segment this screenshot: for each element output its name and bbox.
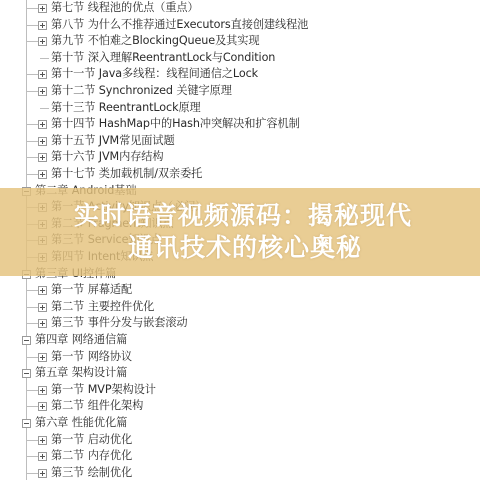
- expand-plus-icon[interactable]: [38, 436, 47, 445]
- tree-node-label: 第二节 组件化架构: [51, 398, 143, 414]
- expand-plus-icon[interactable]: [38, 153, 47, 162]
- tree-node-label: 第六章 性能优化篇: [35, 415, 127, 431]
- tree-node-label: 第十节 深入理解ReentrantLock与Condition: [51, 50, 275, 66]
- tree-connector-line: [27, 8, 38, 9]
- expand-plus-icon[interactable]: [38, 87, 47, 96]
- tree-node-label: 第一节 网络协议: [51, 349, 132, 365]
- tree-connector-line: [27, 473, 38, 474]
- banner-title-line-2: 通讯技术的核心奥秘: [0, 232, 480, 264]
- tree-connector-line: [27, 357, 38, 358]
- expand-plus-icon[interactable]: [38, 70, 47, 79]
- expand-plus-icon[interactable]: [38, 303, 47, 312]
- tree-connector-line: [27, 91, 38, 92]
- expand-plus-icon[interactable]: [38, 319, 47, 328]
- tree-connector-line: [27, 456, 38, 457]
- collapse-minus-icon[interactable]: [22, 336, 31, 345]
- expand-plus-icon[interactable]: [38, 120, 47, 129]
- tree-node-label: 第十六节 JVM内存结构: [51, 149, 163, 165]
- tree-node-label: 第四章 网络通信篇: [35, 332, 127, 348]
- expand-plus-icon[interactable]: [38, 4, 47, 13]
- tree-node-label: 第十七节 类加载机制/双亲委托: [51, 166, 202, 182]
- banner-title: 实时语音视频源码：揭秘现代 通讯技术的核心奥秘: [0, 200, 480, 264]
- tree-node-label: 第十二节 Synchronized 关键字原理: [51, 83, 232, 99]
- tree-connector-line: [40, 108, 49, 109]
- tree-node-label: 第一节 启动优化: [51, 432, 132, 448]
- expand-plus-icon[interactable]: [38, 37, 47, 46]
- tree-connector-line: [27, 390, 38, 391]
- tree-node-label: 第八节 为什么不推荐通过Executors直接创建线程池: [51, 17, 308, 33]
- expand-plus-icon[interactable]: [38, 21, 47, 30]
- tree-connector-line: [27, 174, 38, 175]
- expand-plus-icon[interactable]: [38, 137, 47, 146]
- tree-node-label: 第五章 架构设计篇: [35, 365, 127, 381]
- tree-connector-line: [27, 25, 38, 26]
- tree-node-label: 第一节 屏幕适配: [51, 282, 132, 298]
- tree-node-label: 第十三节 ReentrantLock原理: [51, 100, 201, 116]
- collapse-minus-icon[interactable]: [22, 369, 31, 378]
- expand-plus-icon[interactable]: [38, 469, 47, 478]
- tree-node-label: 第十一节 Java多线程：线程间通信之Lock: [51, 66, 258, 82]
- tree-node-label: 第二节 内存优化: [51, 448, 132, 464]
- tree-node-label: 第三节 事件分发与嵌套滚动: [51, 315, 188, 331]
- tree-connector-line: [27, 157, 38, 158]
- tree-node-label: 第十四节 HashMap中的Hash冲突解决和扩容机制: [51, 116, 300, 132]
- tree-connector-line: [27, 307, 38, 308]
- tree-node-label: 第十五节 JVM常见面试题: [51, 133, 175, 149]
- tree-node-label: 第二节 主要控件优化: [51, 299, 154, 315]
- expand-plus-icon[interactable]: [38, 402, 47, 411]
- expand-plus-icon[interactable]: [38, 170, 47, 179]
- tree-connector-line: [27, 323, 38, 324]
- tree-connector-line: [27, 440, 38, 441]
- tree-node-label: 第一节 MVP架构设计: [51, 382, 156, 398]
- tree-node-label: 第九节 不怕难之BlockingQueue及其实现: [51, 33, 259, 49]
- tree-connector-line: [27, 124, 38, 125]
- expand-plus-icon[interactable]: [38, 353, 47, 362]
- tree-connector-line: [27, 406, 38, 407]
- expand-plus-icon[interactable]: [38, 386, 47, 395]
- tree-connector-line: [27, 290, 38, 291]
- expand-plus-icon[interactable]: [38, 286, 47, 295]
- banner-title-line-1: 实时语音视频源码：揭秘现代: [0, 200, 480, 232]
- tree-node-label: 第三节 绘制优化: [51, 465, 132, 480]
- expand-plus-icon[interactable]: [38, 452, 47, 461]
- tree-connector-line: [27, 41, 38, 42]
- tree-connector-line: [27, 74, 38, 75]
- tree-connector-line: [27, 141, 38, 142]
- tree-node-label: 第七节 线程池的优点（重点）: [51, 0, 199, 16]
- tree-connector-line: [40, 58, 49, 59]
- collapse-minus-icon[interactable]: [22, 419, 31, 428]
